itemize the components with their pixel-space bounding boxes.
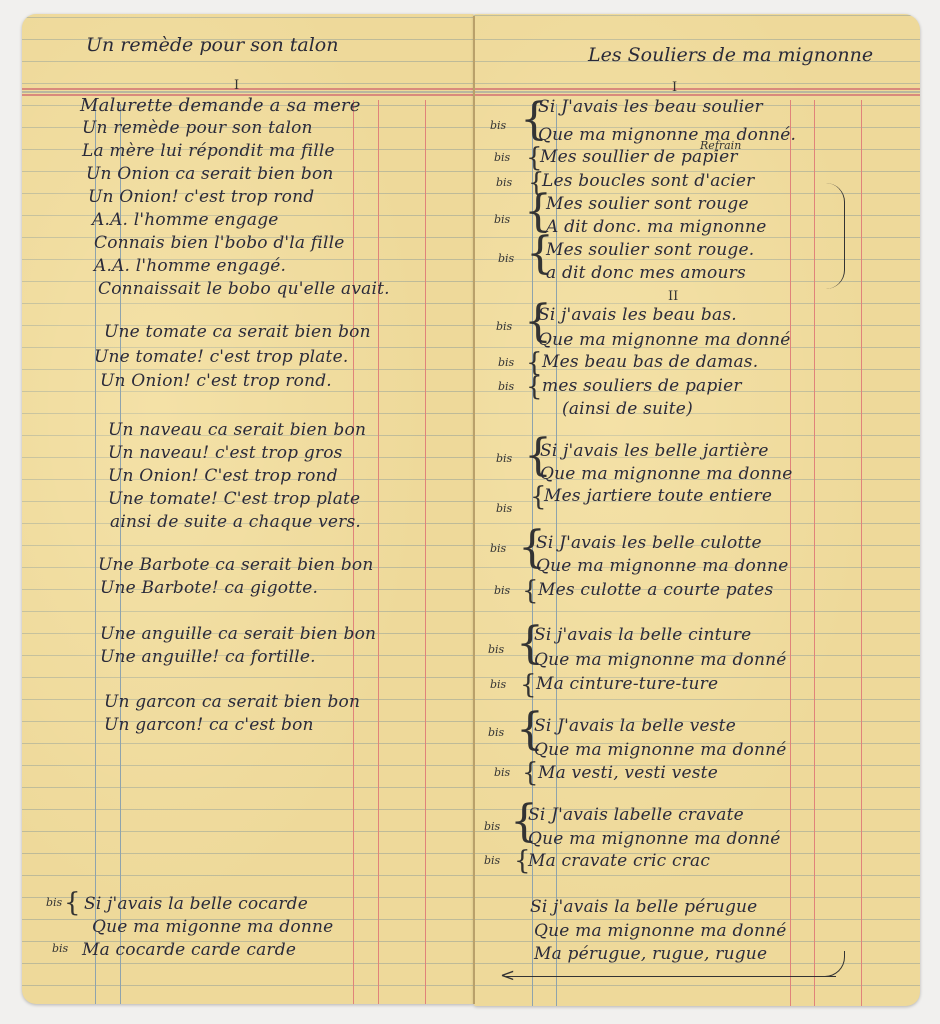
bis-label: bis	[496, 176, 512, 189]
verse-line: Si j'avais la belle cinture	[534, 625, 751, 645]
verse-line: a dit donc mes amours	[546, 263, 746, 283]
brace-icon: {	[522, 578, 539, 604]
verse-line: A.A. l'homme engagé.	[94, 256, 286, 276]
verse-line: mes souliers de papier	[542, 376, 742, 396]
closing-paren-icon	[826, 183, 845, 289]
verse-line: Un naveau ca serait bien bon	[108, 420, 366, 440]
left-page-title: Un remède pour son talon	[86, 34, 338, 56]
column-line-red-3	[861, 100, 862, 1006]
bis-label: bis	[488, 726, 504, 739]
bis-label: bis	[490, 542, 506, 555]
verse-line: Si j'avais les belle jartière	[540, 441, 769, 461]
verse-line: Mes soulier sont rouge	[546, 194, 749, 214]
brace-icon: {	[520, 672, 537, 698]
bis-label: bis	[52, 942, 68, 955]
bis-label: bis	[498, 380, 514, 393]
verse-line: A.A. l'homme engage	[92, 210, 279, 230]
header-rule-gray	[474, 91, 920, 93]
bis-label: bis	[494, 151, 510, 164]
notebook-spine	[473, 16, 475, 1004]
return-arrow-line	[506, 976, 836, 977]
verse-line: A dit donc. ma mignonne	[546, 217, 766, 237]
verse-line: Si j'avais la belle cocarde	[84, 894, 308, 914]
verse-line: Que ma mignonne ma donne	[536, 556, 789, 576]
left-page	[22, 14, 474, 1004]
verse-line: Que ma mignonne ma donne	[540, 464, 793, 484]
verse-line: Une tomate! C'est trop plate	[108, 489, 360, 509]
bis-label: bis	[496, 502, 512, 515]
bis-label: bis	[490, 119, 506, 132]
verse-line: Si J'avais labelle cravate	[528, 805, 744, 825]
verse-line: Une anguille ca serait bien bon	[100, 624, 376, 644]
bis-label: bis	[494, 584, 510, 597]
column-line-red-3	[425, 100, 426, 1004]
verse-line: Mes culotte a courte pates	[538, 580, 773, 600]
verse-line: Un Onion ca serait bien bon	[86, 164, 334, 184]
verse-line: Un garcon ca serait bien bon	[104, 692, 360, 712]
left-arrow-icon: <	[500, 965, 515, 986]
section-number: I	[234, 78, 239, 93]
verse-line: Que ma mignonne ma donné	[534, 650, 787, 670]
verse-line: Mes soulier sont rouge.	[546, 240, 754, 260]
verse-line: Un naveau! c'est trop gros	[108, 443, 343, 463]
verse-line: Malurette demande a sa mere	[80, 95, 361, 116]
verse-line: Ma cocarde carde carde	[82, 940, 296, 960]
column-line-red-2	[814, 100, 815, 1006]
verse-line: Un garcon! ca c'est bon	[104, 715, 314, 735]
verse-line: Si j'avais la belle pérugue	[530, 897, 757, 917]
verse-line: Une tomate! c'est trop plate.	[94, 347, 348, 367]
bis-label: bis	[498, 356, 514, 369]
brace-icon: {	[526, 374, 543, 400]
verse-line: Ma vesti, vesti veste	[538, 763, 718, 783]
bis-label: bis	[484, 854, 500, 867]
column-line-red	[790, 100, 791, 1006]
bis-label: bis	[494, 766, 510, 779]
header-rule-gray	[22, 91, 474, 93]
verse-line: ainsi de suite a chaque vers.	[110, 512, 361, 532]
verse-line: Une anguille! ca fortille.	[100, 647, 316, 667]
section-number: II	[668, 289, 678, 304]
verse-line: Que ma mignonne ma donné	[534, 740, 787, 760]
verse-line: Une tomate ca serait bien bon	[104, 322, 371, 342]
verse-line: Si j'avais les beau bas.	[538, 305, 737, 325]
verse-line: Un Onion! c'est trop rond.	[100, 371, 332, 391]
verse-line: Si J'avais les beau soulier	[538, 97, 763, 117]
verse-line: La mère lui répondit ma fille	[82, 141, 335, 161]
verse-line: Un remède pour son talon	[82, 118, 313, 138]
verse-line: Une Barbote ca serait bien bon	[98, 555, 374, 575]
bis-label: bis	[46, 896, 62, 909]
verse-line: Ma cravate cric crac	[528, 851, 710, 871]
bis-label: bis	[496, 452, 512, 465]
bis-label: bis	[494, 213, 510, 226]
verse-line: Mes soullier de papier	[540, 147, 738, 167]
header-rule-red	[474, 88, 920, 90]
brace-icon: {	[522, 760, 539, 786]
bis-label: bis	[488, 643, 504, 656]
verse-line: Ma pérugue, rugue, rugue	[534, 944, 767, 964]
verse-line: Que ma migonne ma donne	[92, 917, 333, 937]
verse-line: Que ma mignonne ma donné.	[538, 125, 796, 145]
bis-label: bis	[490, 678, 506, 691]
verse-line: Mes beau bas de damas.	[542, 352, 758, 372]
verse-note: (ainsi de suite)	[562, 399, 693, 419]
verse-line: Un Onion! c'est trop rond	[88, 187, 314, 207]
verse-line: Les boucles sont d'acier	[542, 171, 754, 191]
verse-line: Une Barbote! ca gigotte.	[100, 578, 318, 598]
verse-line: Que ma mignonne ma donné	[528, 829, 781, 849]
column-line-red-2	[378, 100, 379, 1004]
verse-line: Ma cinture-ture-ture	[536, 674, 718, 694]
verse-line: Que ma mignonne ma donné	[534, 921, 787, 941]
verse-line: Mes jartiere toute entiere	[544, 486, 772, 506]
verse-line: Si J'avais la belle veste	[534, 716, 736, 736]
right-page-title: Les Souliers de ma mignonne	[588, 44, 873, 66]
verse-line: Un Onion! C'est trop rond	[108, 466, 338, 486]
header-rule-red	[22, 88, 474, 90]
verse-line: Connaissait le bobo qu'elle avait.	[98, 279, 390, 299]
column-line-red	[353, 100, 354, 1004]
verse-line: Connais bien l'bobo d'la fille	[94, 233, 345, 253]
verse-line: Si J'avais les belle culotte	[536, 533, 762, 553]
brace-icon: {	[64, 890, 81, 916]
bis-label: bis	[498, 252, 514, 265]
verse-line: Que ma mignonne ma donné	[538, 330, 791, 350]
bis-label: bis	[484, 820, 500, 833]
bis-label: bis	[496, 320, 512, 333]
section-number: I	[672, 80, 677, 95]
